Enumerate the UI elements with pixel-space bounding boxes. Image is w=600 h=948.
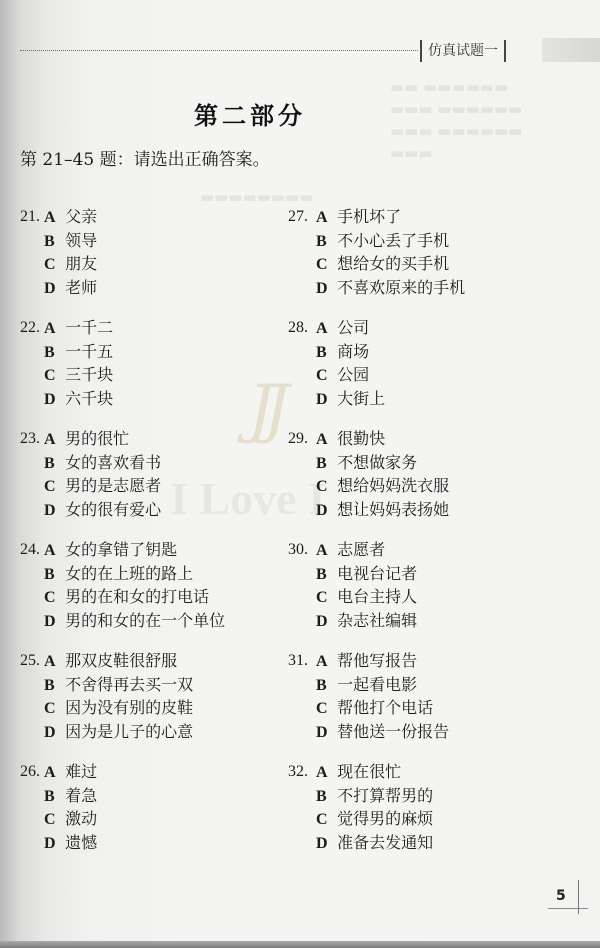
option-c[interactable]: C 想给女的买手机 — [316, 252, 576, 276]
page-number-rule-horizontal — [548, 908, 588, 909]
option-a[interactable]: A 帮他写报告 — [316, 649, 576, 673]
running-header-tag: 仿真试题一 — [420, 40, 506, 62]
option-a[interactable]: A 手机坏了 — [316, 205, 576, 229]
option-b[interactable]: B 女的喜欢看书 — [44, 451, 304, 475]
option-c[interactable]: C 电台主持人 — [316, 585, 576, 609]
question-number: 25. — [20, 649, 40, 673]
option-a[interactable]: A 很勤快 — [316, 427, 576, 451]
option-d[interactable]: D 因为是儿子的心意 — [44, 720, 304, 744]
option-c[interactable]: C 因为没有别的皮鞋 — [44, 696, 304, 720]
question-number: 31. — [288, 649, 308, 673]
page-edge-shadow — [0, 941, 600, 948]
question-number: 28. — [288, 316, 308, 340]
option-a[interactable]: A 难过 — [44, 760, 304, 784]
option-c[interactable]: C 帮他打个电话 — [316, 696, 576, 720]
option-c[interactable]: C 男的是志愿者 — [44, 474, 304, 498]
option-b[interactable]: B 商场 — [316, 340, 576, 364]
option-c[interactable]: C 激动 — [44, 807, 304, 831]
option-d[interactable]: D 六千块 — [44, 387, 304, 411]
question-number: 29. — [288, 427, 308, 451]
option-d[interactable]: D 不喜欢原来的手机 — [316, 276, 576, 300]
option-a[interactable]: A 那双皮鞋很舒服 — [44, 649, 304, 673]
option-b[interactable]: B 一起看电影 — [316, 673, 576, 697]
running-header: 仿真试题一 — [20, 40, 540, 64]
option-b[interactable]: B 不想做家务 — [316, 451, 576, 475]
option-c[interactable]: C 朋友 — [44, 252, 304, 276]
option-a[interactable]: A 公司 — [316, 316, 576, 340]
option-a[interactable]: A 现在很忙 — [316, 760, 576, 784]
header-dotted-rule — [20, 50, 418, 51]
question-number: 23. — [20, 427, 40, 451]
header-shade — [542, 38, 600, 62]
question-number: 22. — [20, 316, 40, 340]
option-d[interactable]: D 老师 — [44, 276, 304, 300]
option-c[interactable]: C 想给妈妈洗衣服 — [316, 474, 576, 498]
option-b[interactable]: B 着急 — [44, 784, 304, 808]
option-c[interactable]: C 觉得男的麻烦 — [316, 807, 576, 831]
section-title: 第二部分 — [0, 96, 500, 131]
question-number: 21. — [20, 205, 40, 229]
option-a[interactable]: A 男的很忙 — [44, 427, 304, 451]
option-c[interactable]: C 三千块 — [44, 363, 304, 387]
question-number: 30. — [288, 538, 308, 562]
option-b[interactable]: B 电视台记者 — [316, 562, 576, 586]
option-b[interactable]: B 女的在上班的路上 — [44, 562, 304, 586]
option-a[interactable]: A 父亲 — [44, 205, 304, 229]
option-c[interactable]: C 公园 — [316, 363, 576, 387]
option-d[interactable]: D 大街上 — [316, 387, 576, 411]
option-a[interactable]: A 志愿者 — [316, 538, 576, 562]
option-d[interactable]: D 男的和女的在一个单位 — [44, 609, 304, 633]
option-b[interactable]: B 不舍得再去买一双 — [44, 673, 304, 697]
option-d[interactable]: D 女的很有爱心 — [44, 498, 304, 522]
question-number: 24. — [20, 538, 40, 562]
section-instructions: 第 21–45 题：请选出正确答案。 — [20, 145, 270, 170]
option-b[interactable]: B 不打算帮男的 — [316, 784, 576, 808]
option-a[interactable]: A 女的拿错了钥匙 — [44, 538, 304, 562]
option-b[interactable]: B 一千五 — [44, 340, 304, 364]
option-d[interactable]: D 替他送一份报告 — [316, 720, 576, 744]
option-d[interactable]: D 遗憾 — [44, 831, 304, 855]
option-b[interactable]: B 领导 — [44, 229, 304, 253]
option-d[interactable]: D 准备去发通知 — [316, 831, 576, 855]
option-c[interactable]: C 男的在和女的打电话 — [44, 585, 304, 609]
option-a[interactable]: A 一千二 — [44, 316, 304, 340]
page-number: 5 — [556, 888, 566, 904]
option-d[interactable]: D 想让妈妈表扬她 — [316, 498, 576, 522]
question-number: 27. — [288, 205, 308, 229]
exam-page: 仿真试题一 ▬▬ ▬▬▬▬▬▬ ▬▬▬ ▬▬▬▬▬▬ ▬▬▬ ▬▬▬▬▬▬ ▬▬… — [0, 0, 600, 948]
option-d[interactable]: D 杂志社编辑 — [316, 609, 576, 633]
option-b[interactable]: B 不小心丢了手机 — [316, 229, 576, 253]
question-number: 32. — [288, 760, 308, 784]
question-number: 26. — [20, 760, 40, 784]
